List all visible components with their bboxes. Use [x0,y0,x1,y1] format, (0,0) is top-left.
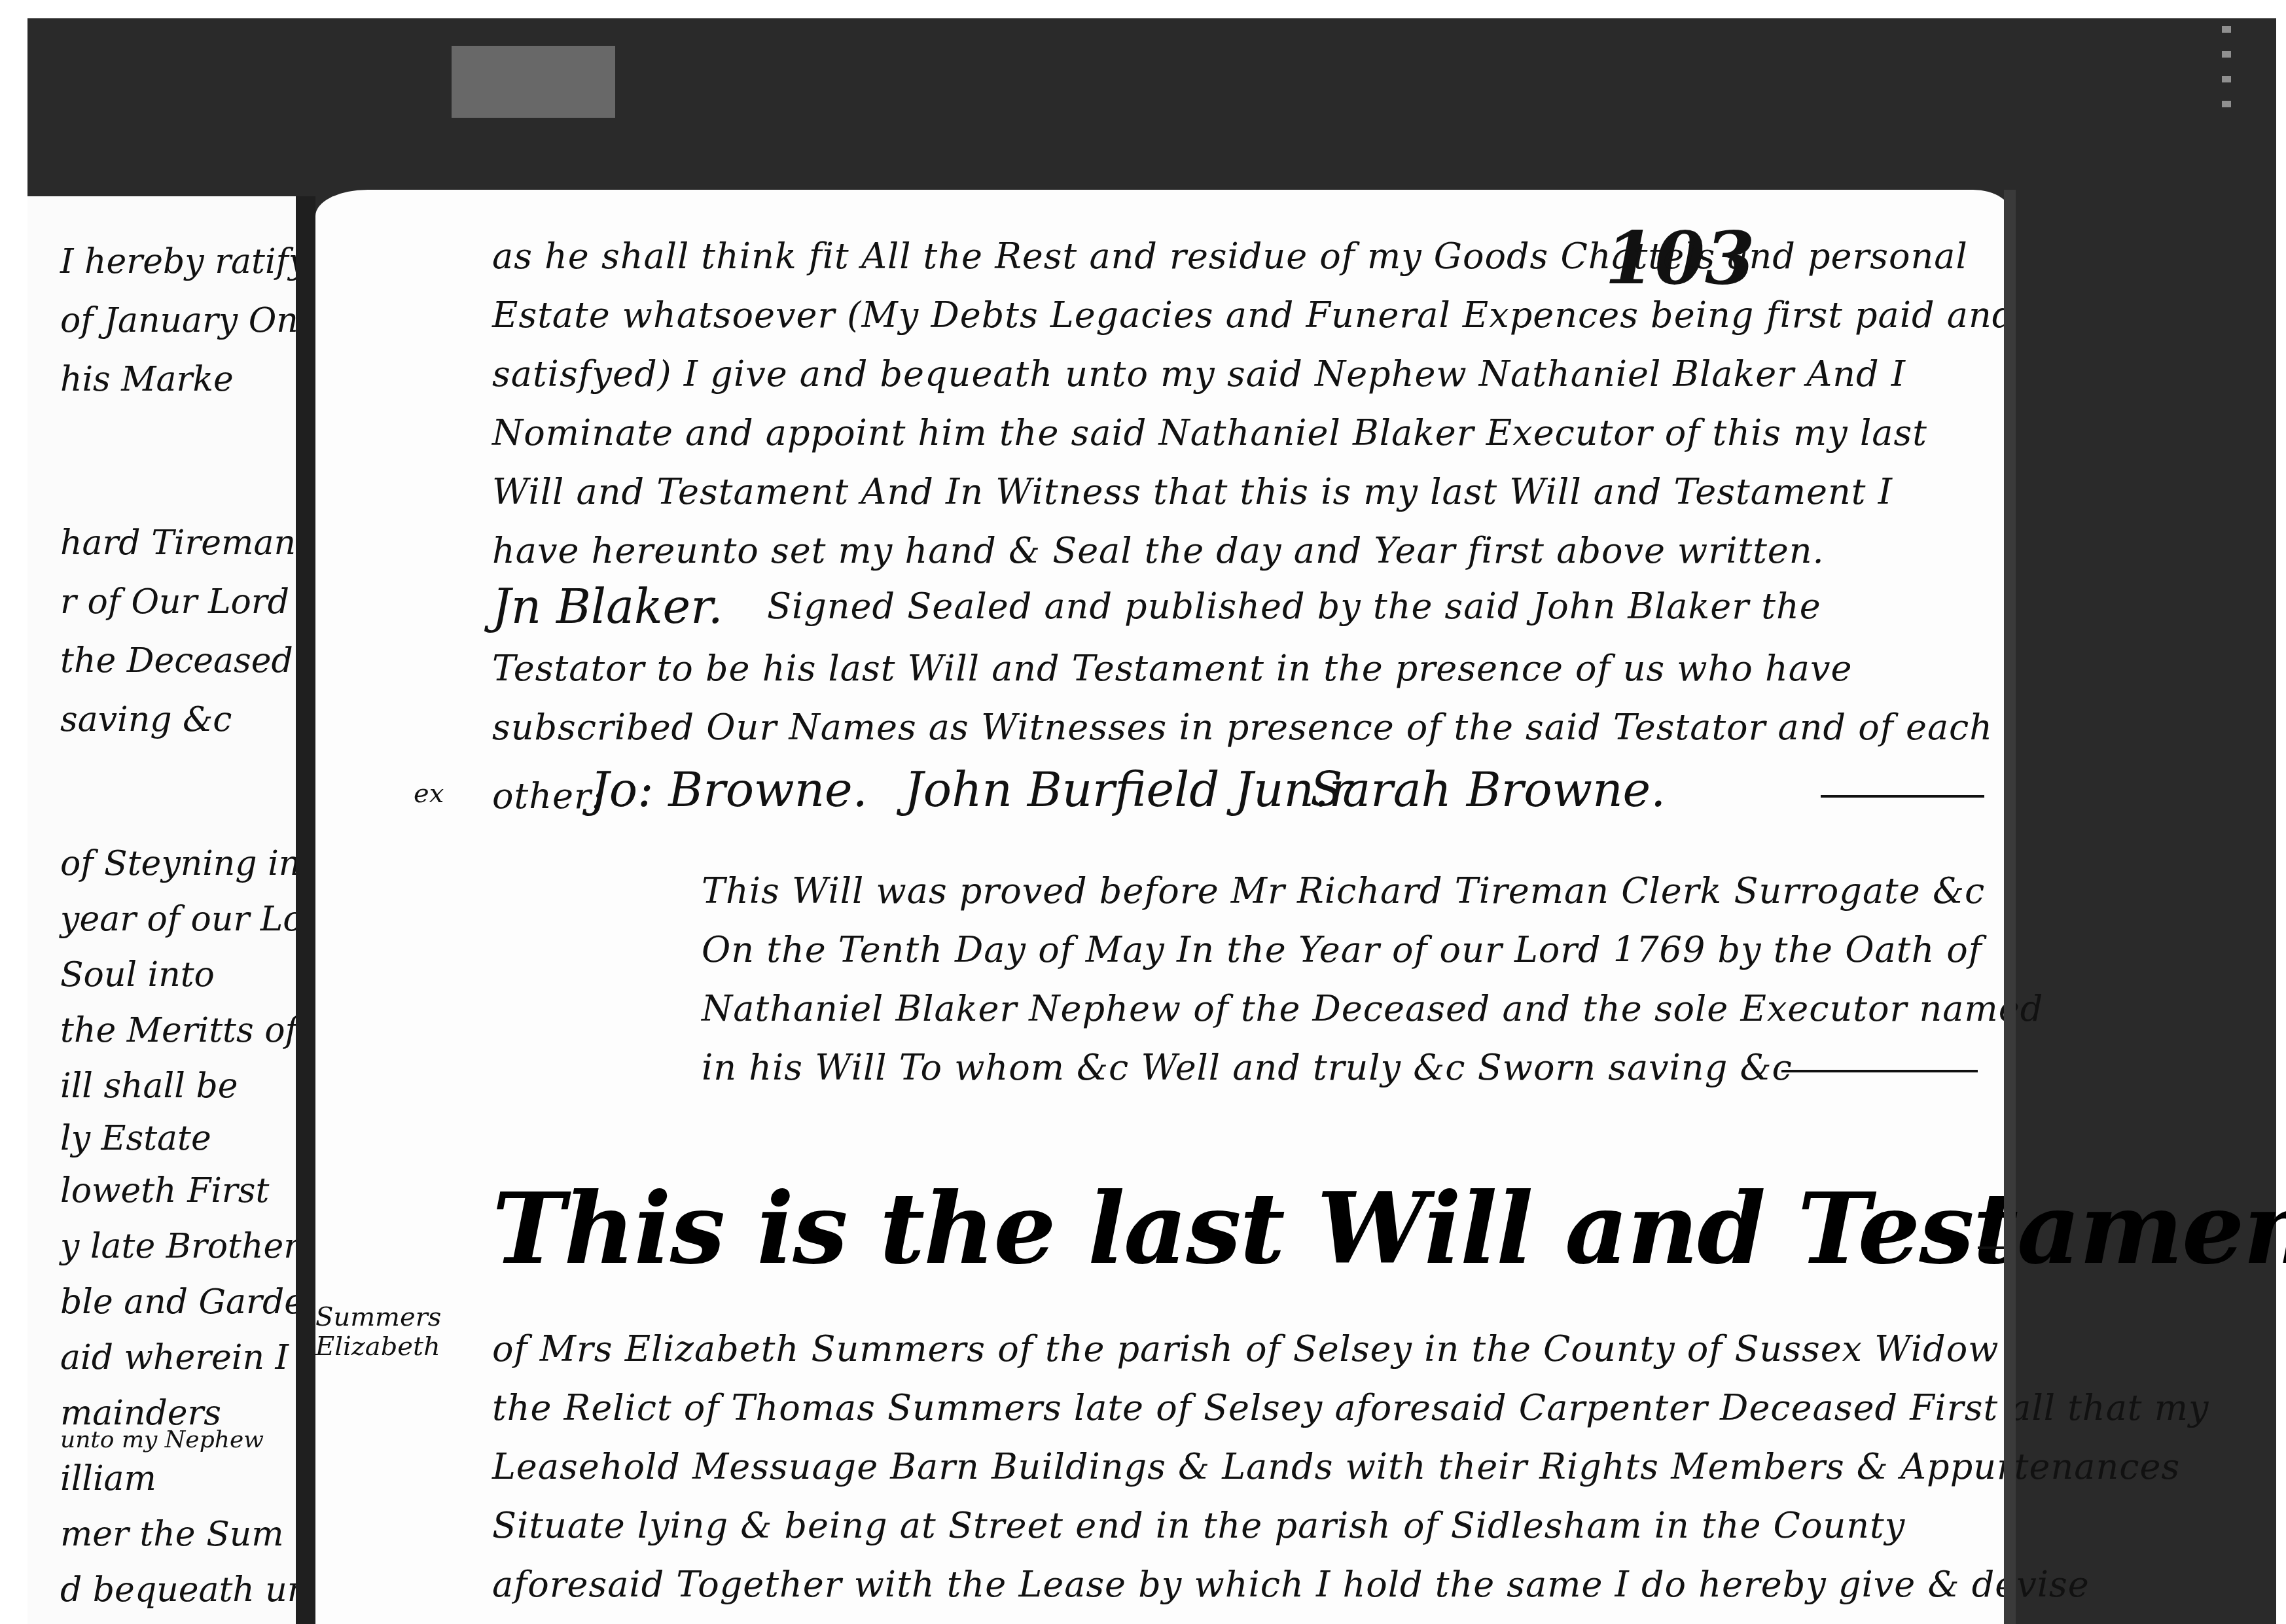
witness-signature: Jo: Browne. [590,762,868,817]
second-will-line: aforesaid Together with the Lease by whi… [492,1564,2090,1605]
probate-line: This Will was proved before Mr Richard T… [702,870,1985,911]
will-line: satisfyed) I give and bequeath unto my s… [492,353,1906,395]
left-line: y late Brother [60,1227,300,1266]
line-filler [1781,1070,1978,1072]
left-page: I hereby ratify of January One his Marke… [27,196,296,1624]
left-line: saving &c [60,700,232,739]
margin-note-surname: Summers [315,1302,441,1332]
attestation-line: subscribed Our Names as Witnesses in pre… [492,707,1993,748]
left-line: aid wherein I [60,1338,289,1377]
second-will-line: the Relict of Thomas Summers late of Sel… [492,1387,2209,1428]
line-filler [1978,1246,2004,1249]
witness-prefix: other: [492,775,604,817]
will-heading: This is the last Will and Testament [492,1171,2286,1286]
will-line: as he shall think fit All the Rest and r… [492,236,1968,277]
attestation-line: Signed Sealed and published by the said … [767,586,1821,627]
testator-signature: Jn Blaker. [492,579,723,634]
left-line: Soul into [60,955,215,995]
left-line: illiam [60,1459,156,1498]
main-page: 103 as he shall think fit All the Rest a… [315,190,2012,1624]
left-line: I hereby ratify [60,242,308,281]
page-gutter [296,196,315,1624]
attestation-line: Testator to be his last Will and Testame… [492,648,1852,689]
probate-line: in his Will To whom &c Well and truly &c… [702,1047,1793,1088]
will-line: Will and Testament And In Witness that t… [492,471,1893,512]
second-will-line: Situate lying & being at Street end in t… [492,1505,1905,1546]
margin-mark: ex [414,779,444,809]
will-line: Estate whatsoever (My Debts Legacies and… [492,294,2015,336]
left-line: loweth First [60,1171,269,1210]
probate-line: On the Tenth Day of May In the Year of o… [702,929,1982,970]
page-edge [2004,190,2016,1624]
left-line: ble and Garden [60,1282,326,1322]
left-line: ly Estate [60,1119,211,1158]
binding-holes [2222,26,2231,124]
will-line: Nominate and appoint him the said Nathan… [492,412,1927,453]
left-line: ill shall be [60,1067,238,1106]
left-line: unto my Nephew [60,1426,264,1453]
scan-artifact [452,46,615,118]
margin-note-forename: Elizabeth [315,1332,440,1362]
second-will-line: of Mrs Elizabeth Summers of the parish o… [492,1328,1999,1369]
left-line: hard Tireman [60,523,296,563]
second-will-line: Leasehold Messuage Barn Buildings & Land… [492,1446,2180,1487]
left-line: mer the Sum [60,1515,284,1554]
witness-signature: John Burfield Jun.r [904,762,1351,817]
line-filler [1821,795,1984,798]
left-line: his Marke [60,360,234,399]
will-line: have hereunto set my hand & Seal the day… [492,530,1825,571]
left-line: the Meritts of [60,1011,298,1050]
left-line: of January One [60,301,319,340]
probate-line: Nathaniel Blaker Nephew of the Deceased … [702,988,2043,1029]
left-line: of Steyning in [60,844,300,883]
witness-signature: Sarah Browne. [1310,762,1666,817]
